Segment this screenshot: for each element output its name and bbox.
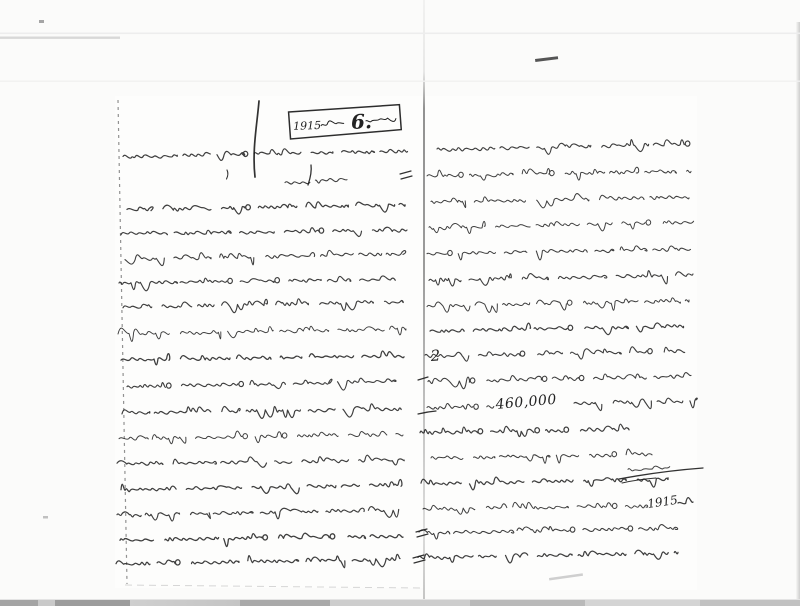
handwriting-line — [437, 140, 690, 155]
pen-stroke — [254, 101, 259, 177]
handwriting-line — [419, 525, 678, 540]
scan-speck — [0, 81, 800, 82]
handwriting-left-page — [116, 149, 408, 568]
handwriting-line — [418, 550, 678, 563]
numeral-two: 2 — [429, 346, 441, 365]
handwriting-line — [628, 466, 670, 471]
handwriting-line — [120, 533, 403, 546]
handwriting-line — [421, 477, 668, 490]
left-page-bottom-edge — [125, 585, 420, 588]
handwriting-line — [117, 507, 399, 522]
handwriting-line — [431, 194, 689, 208]
scan-speck — [549, 573, 583, 580]
pen-stroke — [418, 411, 436, 414]
pen-stroke — [418, 377, 428, 380]
handwriting-line — [119, 276, 395, 291]
handwriting-line — [427, 298, 689, 313]
handwriting-line — [430, 323, 684, 335]
pen-stroke — [400, 171, 411, 174]
scan-speck — [39, 20, 44, 23]
pen-stroke — [227, 170, 228, 179]
handwriting-line — [429, 271, 693, 286]
handwriting-line — [121, 351, 404, 365]
handwriting-line — [420, 424, 629, 436]
scan-speck — [535, 56, 558, 62]
handwriting-line — [119, 431, 403, 444]
handwriting-line — [427, 167, 691, 180]
handwriting-line — [123, 299, 403, 313]
handwriting-line — [118, 326, 406, 341]
handwriting-line — [429, 220, 694, 234]
scan-speck — [43, 516, 48, 519]
stamp-script-squiggle — [321, 120, 344, 125]
handwriting-line — [427, 404, 494, 410]
pen-stroke — [417, 534, 428, 537]
handwriting-line — [428, 373, 691, 389]
pen-stroke — [619, 468, 703, 479]
scanned-letter: 1915 6. 460,000 1915 2 — [0, 0, 800, 606]
year-figure: 1915 — [646, 493, 678, 511]
handwriting-overlay: 1915 6. 460,000 1915 2 — [0, 0, 800, 606]
handwriting-line — [117, 455, 404, 467]
scan-speck — [0, 33, 800, 35]
handwriting-line — [121, 227, 407, 236]
handwriting-line — [122, 404, 401, 419]
date-stamp: 1915 6. — [288, 105, 401, 139]
stamp-year: 1915 — [293, 119, 321, 133]
handwriting-line — [116, 554, 400, 567]
handwriting-line — [127, 202, 405, 214]
handwriting-line — [678, 498, 693, 504]
handwriting-line — [423, 502, 648, 514]
handwriting-line — [431, 449, 652, 463]
handwriting-line — [127, 378, 396, 390]
handwriting-line — [121, 480, 402, 494]
handwriting-line — [125, 250, 406, 265]
handwriting-line — [123, 149, 408, 161]
amount-figure: 460,000 — [494, 392, 558, 413]
pen-stroke — [401, 176, 412, 179]
pen-stroke — [414, 560, 425, 563]
handwriting-line — [285, 178, 347, 184]
scan-speck — [0, 37, 120, 39]
handwriting-line — [425, 347, 685, 361]
handwriting-line — [427, 246, 691, 260]
handwriting-line — [574, 398, 697, 410]
